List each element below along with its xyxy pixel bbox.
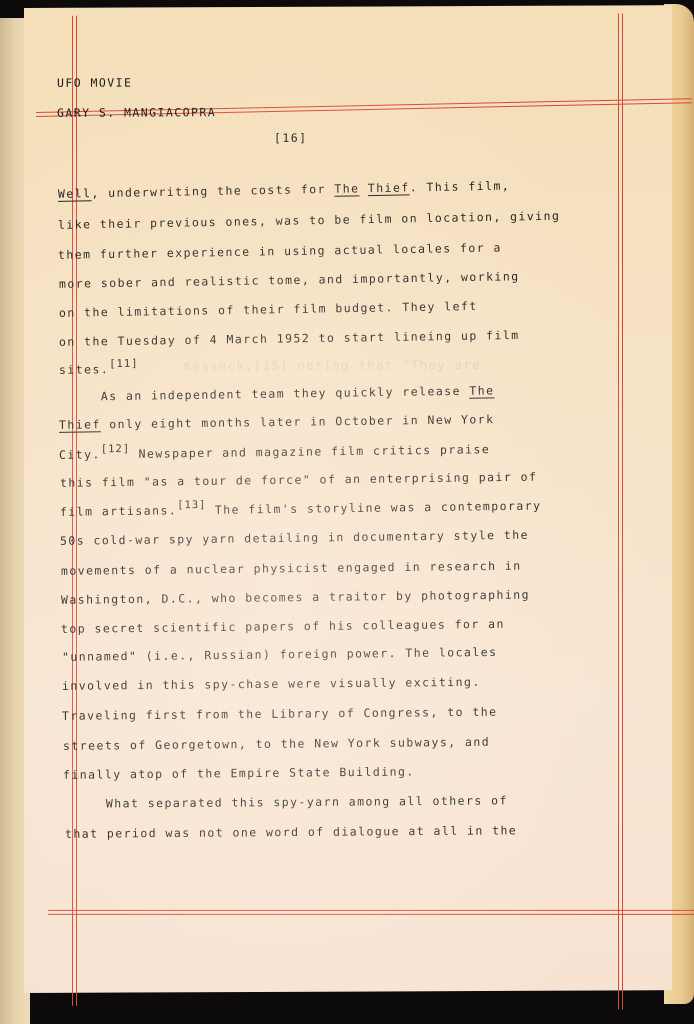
text-line: "unnamed" (i.e., Russian) foreign power.… <box>62 645 498 664</box>
text-line: sites.[11] <box>59 362 139 377</box>
text-line: that period was not one word of dialogue… <box>65 823 517 841</box>
text-run: Washington, D.C., who becomes a traitor … <box>61 588 530 607</box>
page-number: [16] <box>274 131 308 145</box>
text-run: . This film, <box>410 179 511 195</box>
text-run: What separated this spy-yarn among all o… <box>64 793 508 810</box>
manuscript-sheet: Kesseck,[15] noting that "They are UFO M… <box>24 5 672 993</box>
body-text: Well, underwriting the costs for The Thi… <box>24 5 672 8</box>
underlined-title: Well <box>58 186 92 201</box>
text-line: this film "as a tour de force" of an ent… <box>60 470 537 490</box>
text-run: "unnamed" (i.e., Russian) foreign power.… <box>62 645 498 664</box>
text-line: top secret scientific papers of his coll… <box>61 617 505 636</box>
text-line: What separated this spy-yarn among all o… <box>64 793 508 810</box>
text-line: more sober and realistic tome, and impor… <box>59 269 520 291</box>
text-line: Traveling first from the Library of Cong… <box>62 705 498 723</box>
bottom-margin-line <box>48 910 694 915</box>
footnote-marker: [11] <box>109 358 138 370</box>
footnote-marker: [12] <box>101 443 130 455</box>
text-line: streets of Georgetown, to the New York s… <box>63 735 490 753</box>
text-run: involved in this spy-chase were visually… <box>62 675 481 693</box>
text-run: City. <box>59 447 101 462</box>
right-margin-line <box>618 13 623 1009</box>
header-author: GARY S. MANGIACOPRA <box>57 105 216 120</box>
footnote-marker: [13] <box>177 499 206 511</box>
text-run: Newspaper and magazine film critics prai… <box>130 442 490 461</box>
text-line: City.[12] Newspaper and magazine film cr… <box>59 442 490 462</box>
text-run: on the limitations of their film budget.… <box>59 299 478 320</box>
text-run: movements of a nuclear physicist engaged… <box>61 559 522 578</box>
text-run: this film "as a tour de force" of an ent… <box>60 470 537 490</box>
text-run: 50s cold-war spy yarn detailing in docum… <box>60 528 529 548</box>
text-line: Well, underwriting the costs for The Thi… <box>58 179 510 201</box>
text-run: top secret scientific papers of his coll… <box>61 617 505 636</box>
text-line: film artisans.[13] The film's storyline … <box>60 499 542 519</box>
text-line: finally atop of the Empire State Buildin… <box>63 764 415 781</box>
text-run: more sober and realistic tome, and impor… <box>59 269 520 291</box>
text-run: streets of Georgetown, to the New York s… <box>63 735 490 753</box>
underlined-title: Thief <box>368 180 410 195</box>
text-line: Washington, D.C., who becomes a traitor … <box>61 588 530 607</box>
underlined-title: Thief <box>59 417 101 432</box>
underlined-title: The <box>469 383 494 397</box>
text-line: them further experience in using actual … <box>58 240 502 261</box>
text-line: Thief only eight months later in October… <box>59 412 495 432</box>
text-line: like their previous ones, was to be film… <box>58 209 561 232</box>
text-run: The film's storyline was a contemporary <box>206 499 541 517</box>
text-run: sites. <box>59 362 109 377</box>
text-run: on the Tuesday of 4 March 1952 to start … <box>59 328 520 349</box>
text-line: movements of a nuclear physicist engaged… <box>61 559 522 578</box>
text-run <box>359 181 368 195</box>
show-through-text: Kesseck,[15] noting that "They are <box>184 357 481 373</box>
text-line: involved in this spy-chase were visually… <box>62 675 481 693</box>
text-line: on the Tuesday of 4 March 1952 to start … <box>59 328 520 349</box>
photographed-page: Kesseck,[15] noting that "They are UFO M… <box>0 0 694 1024</box>
text-run: that period was not one word of dialogue… <box>65 823 517 841</box>
text-run: As an independent team they quickly rele… <box>59 384 469 404</box>
text-line: 50s cold-war spy yarn detailing in docum… <box>60 528 529 548</box>
text-line: As an independent team they quickly rele… <box>59 383 495 403</box>
text-line: on the limitations of their film budget.… <box>59 299 478 320</box>
text-run: like their previous ones, was to be film… <box>58 209 561 232</box>
header-title: UFO MOVIE <box>57 76 132 90</box>
text-run: , underwriting the costs for <box>91 182 334 200</box>
text-run: only eight months later in October in Ne… <box>101 412 495 431</box>
text-run: film artisans. <box>60 503 177 519</box>
underlined-title: The <box>334 181 359 195</box>
text-run: finally atop of the Empire State Buildin… <box>63 764 415 781</box>
text-run: Traveling first from the Library of Cong… <box>62 705 498 723</box>
text-run: them further experience in using actual … <box>58 240 502 261</box>
